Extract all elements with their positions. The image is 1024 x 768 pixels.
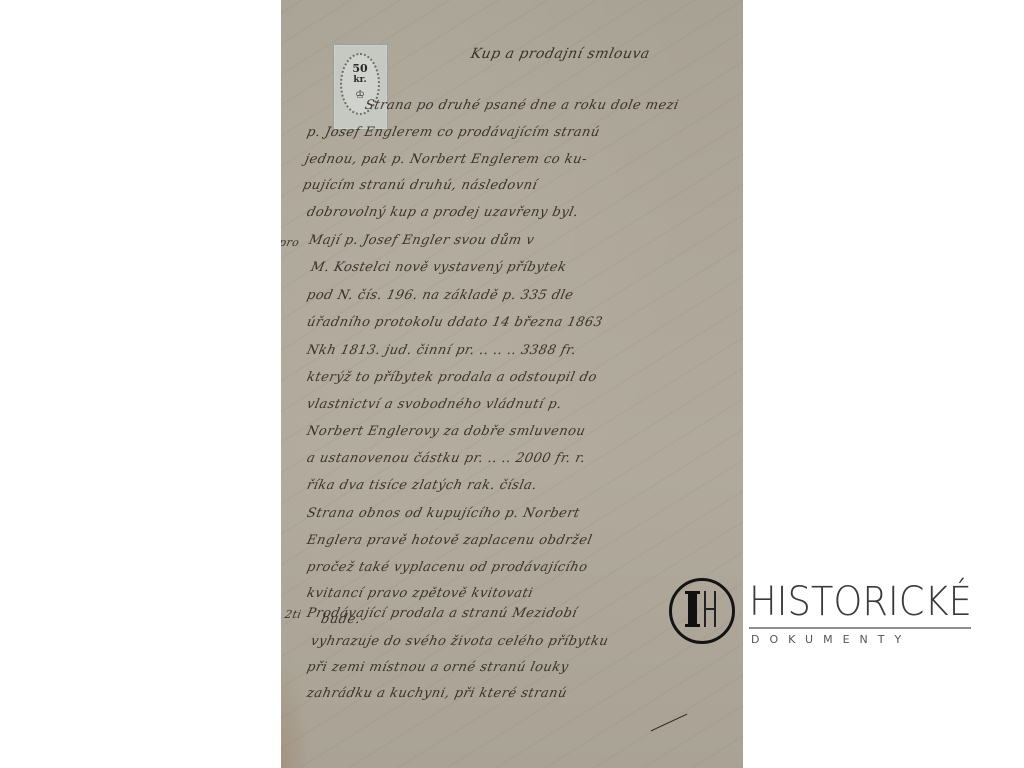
monogram-i-icon [688, 591, 697, 627]
text-line: kterýž to příbytek prodala a odstoupil d… [305, 370, 598, 385]
text-line: pod N. čís. 196. na základě p. 335 dle [305, 288, 575, 303]
text-line: říka dva tisíce zlatých rak. čísla. [305, 478, 538, 493]
text-line: jednou, pak p. Norbert Englerem co ku- [303, 152, 588, 167]
text-line: při zemi místnou a orné stranú louky [305, 660, 570, 675]
section-2-label: 2ti [284, 608, 303, 621]
text-line: Strana obnos od kupujícího p. Norbert [305, 506, 581, 521]
stamp-unit: kr. [353, 75, 366, 86]
text-line: a ustanovenou částku pr. .. .. 2000 fr. … [305, 451, 587, 466]
monogram-h-bar [704, 608, 716, 610]
brand-subtitle: DOKUMENTY [751, 633, 911, 646]
text-line: M. Kostelci nově vystavený příbytek [309, 260, 568, 275]
watermark-logo: HISTORICKÉ DOKUMENTY [669, 576, 979, 662]
stamp-value: 50 [352, 63, 367, 75]
text-line: kvitancí pravo zpětově kvitovati [305, 586, 534, 601]
text-line: p. Josef Englerem co prodávajícím stranú [305, 125, 601, 140]
text-line: vlastnictví a svobodného vládnutí p. [305, 397, 563, 412]
text-line: pujícím stranú druhú, následovní [301, 178, 538, 193]
text-line: pročež také vyplacenu od prodávajícího [305, 560, 589, 575]
brand-divider [749, 627, 971, 629]
text-line: Englera pravě hotově zaplacenu obdržel [305, 533, 593, 548]
margin-note: pro [281, 236, 301, 249]
text-line: Mají p. Josef Engler svou dům v [307, 233, 535, 248]
text-line: vyhrazuje do svého života celého příbytk… [309, 634, 609, 649]
document-title: Kup a prodajní smlouva [469, 46, 651, 62]
text-line: Prodávající prodala a stranú Mezidobí [305, 606, 578, 621]
revenue-stamp: 50 kr. ♔ [333, 44, 388, 130]
double-eagle-icon: ♔ [355, 88, 365, 101]
text-line: Nkh 1813. jud. činní pr. .. .. .. 3388 f… [305, 343, 577, 358]
text-line: Strana po druhé psané dne a roku dole me… [363, 98, 680, 113]
text-line: dobrovolný kup a prodej uzavřeny byl. [305, 205, 580, 220]
continuation-mark [651, 714, 688, 732]
text-line: Norbert Englerovy za dobře smluvenou [305, 424, 586, 439]
text-line: zahrádku a kuchyni, při které stranú [305, 686, 568, 701]
text-line: úřadního protokolu ddato 14 března 1863 [305, 315, 604, 330]
brand-name: HISTORICKÉ [749, 580, 972, 624]
